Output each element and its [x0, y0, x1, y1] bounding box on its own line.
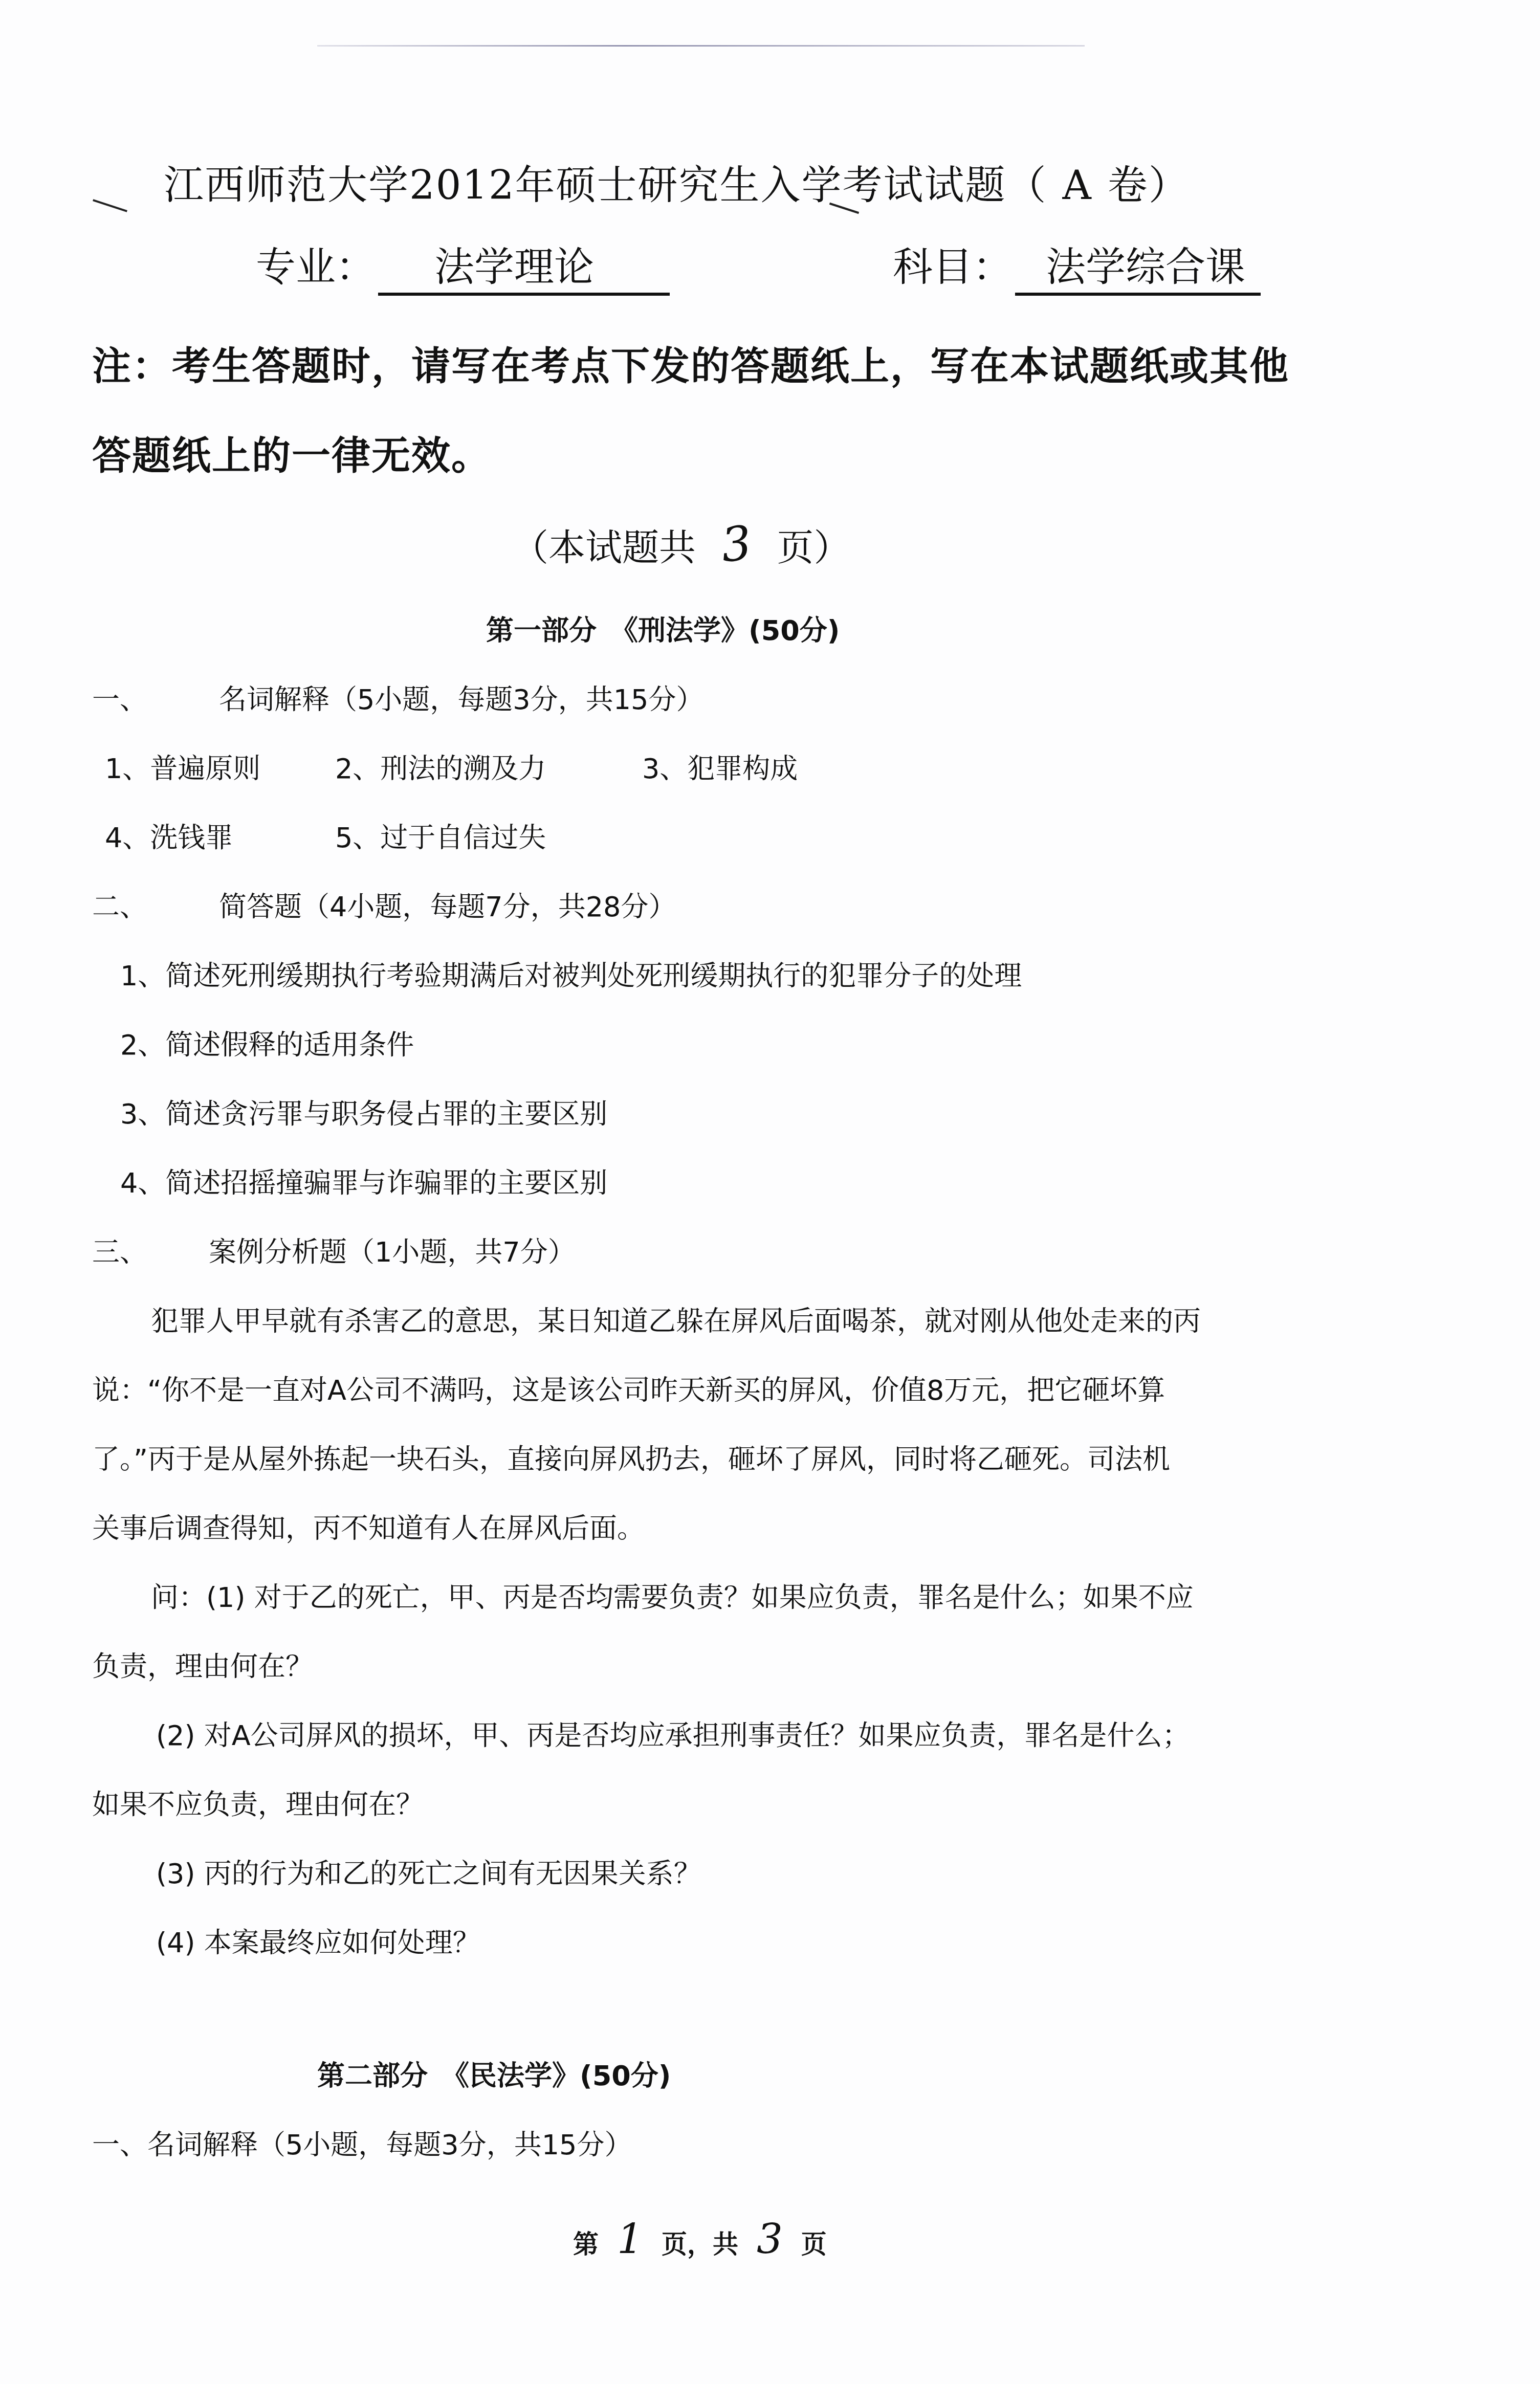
footer-middle: 页，共: [662, 2230, 738, 2259]
handwritten-total-pages: 3: [757, 2215, 783, 2263]
section-number: 三、: [92, 1236, 147, 1268]
page-count-prefix: （本试题共: [512, 526, 696, 569]
case-question-line: (4) 本案最终应如何处理？: [156, 1921, 480, 1960]
case-question-line: (2) 对A公司屏风的损坏，甲、丙是否均应承担刑事责任？如果应负责，罪名是什么；: [156, 1714, 1190, 1753]
handwritten-current-page: 1: [617, 2215, 643, 2263]
notice-line-2: 答题纸上的一律无效。: [92, 425, 491, 480]
case-question-line: (3) 丙的行为和乙的死亡之间有无因果关系？: [156, 1852, 701, 1891]
page-count-suffix: 页）: [777, 526, 851, 569]
stray-mark: [93, 199, 127, 212]
total-pages-note: （本试题共3页）: [512, 517, 851, 571]
major-label: 专业：: [256, 245, 376, 291]
part2-section1-heading: 一、名词解释（5小题，每题3分，共15分）: [92, 2123, 632, 2162]
term-item: 4、洗钱罪: [105, 816, 233, 855]
section-number: 二、: [92, 891, 147, 923]
question-item: 1、简述死刑缓期执行考验期满后对被判处死刑缓期执行的犯罪分子的处理: [120, 954, 1022, 994]
scan-artifact-line: [317, 45, 1085, 47]
footer-suffix: 页: [801, 2230, 827, 2259]
question-item: 3、简述贪污罪与职务侵占罪的主要区别: [120, 1092, 607, 1132]
case-text-line: 关事后调查得知，丙不知道有人在屏风后面。: [92, 1507, 645, 1546]
part1-section1-heading: 一、名词解释（5小题，每题3分，共15分）: [92, 678, 703, 717]
subject-field: 科目： 法学综合课: [893, 235, 1261, 296]
case-text-line: 了。”丙于是从屋外拣起一块石头，直接向屏风扔去，砸坏了屏风，同时将乙砸死。司法机: [92, 1438, 1170, 1477]
major-value: 法学理论: [378, 235, 670, 296]
section-number: 一、: [92, 683, 147, 716]
exam-title-text: 江西师范大学2012年硕士研究生入学考试试题（: [164, 163, 1047, 209]
subject-label: 科目：: [893, 245, 1013, 291]
part1-title: 第一部分 《刑法学》(50分): [486, 609, 840, 648]
question-item: 4、简述招摇撞骗罪与诈骗罪的主要区别: [120, 1161, 607, 1201]
section-title: 简答题（4小题，每题7分，共28分）: [219, 891, 676, 923]
term-item: 2、刑法的溯及力: [335, 747, 546, 786]
case-question-line: 问：(1) 对于乙的死亡，甲、丙是否均需要负责？如果应负责，罪名是什么；如果不应: [151, 1576, 1194, 1615]
paper-version: A: [1063, 163, 1092, 209]
case-text-line: 说：“你不是一直对A公司不满吗，这是该公司昨天新买的屏风，价值8万元，把它砸坏算: [92, 1368, 1165, 1408]
section-title: 名词解释（5小题，每题3分，共15分）: [219, 683, 703, 716]
notice-line-1: 注：考生答题时，请写在考点下发的答题纸上，写在本试题纸或其他: [92, 335, 1289, 391]
term-item: 5、过于自信过失: [335, 816, 546, 855]
term-item: 3、犯罪构成: [642, 747, 798, 786]
exam-title: 江西师范大学2012年硕士研究生入学考试试题（A卷）: [164, 153, 1190, 211]
handwritten-page-count: 3: [719, 515, 754, 573]
term-item: 1、普遍原则: [105, 747, 260, 786]
exam-title-suffix: 卷）: [1108, 163, 1190, 209]
footer-prefix: 第: [573, 2230, 599, 2259]
page-footer: 第1页，共3页: [573, 2215, 827, 2263]
case-text-line: 犯罪人甲早就有杀害乙的意思，某日知道乙躲在屏风后面喝茶，就对刚从他处走来的丙: [151, 1299, 1201, 1339]
case-question-line: 负责，理由何在？: [92, 1645, 313, 1684]
part1-section2-heading: 二、简答题（4小题，每题7分，共28分）: [92, 885, 676, 924]
subject-value: 法学综合课: [1015, 235, 1261, 296]
part2-title: 第二部分 《民法学》(50分): [317, 2054, 671, 2093]
section-title: 案例分析题（1小题，共7分）: [209, 1236, 576, 1268]
major-field: 专业： 法学理论: [256, 235, 670, 296]
question-item: 2、简述假释的适用条件: [120, 1023, 414, 1063]
case-question-line: 如果不应负责，理由何在？: [92, 1783, 424, 1822]
part1-section3-heading: 三、案例分析题（1小题，共7分）: [92, 1230, 576, 1270]
